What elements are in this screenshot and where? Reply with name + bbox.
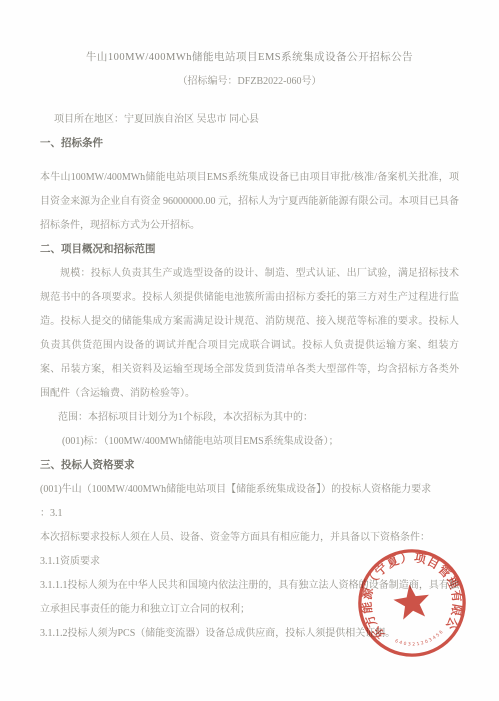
section-2-overview: 规模：投标人负责其生产或选型设备的设计、制造、型式认证、出厂试验，满足招标技术规…	[40, 262, 459, 406]
star-icon	[392, 582, 432, 621]
tender-number: （招标编号：DFZB2022-060号）	[40, 74, 459, 90]
section-1-heading: 一、招标条件	[40, 132, 459, 156]
section-3-intro-continuation: ：3.1	[40, 502, 459, 526]
section-2-lot-line: (001)标：（100MW/400MWh储能电站项目EMS系统集成设备）；	[40, 430, 459, 454]
company-seal-stamp: 东方能源（宁夏）项目管理有限公司 6403212034566	[343, 534, 481, 672]
section-3-intro-line: (001)牛山（100MW/400MWh储能电站项目【储能系统集成设备】）的投标…	[40, 478, 459, 502]
section-2-heading: 二、项目概况和招标范围	[40, 238, 459, 262]
document-title: 牛山100MW/400MWh储能电站项目EMS系统集成设备公开招标公告	[40, 50, 459, 66]
section-1-body: 本牛山100MW/400MWh储能电站项目EMS系统集成设备已由项目审批/核准/…	[40, 166, 459, 238]
tender-announcement-page: 牛山100MW/400MWh储能电站项目EMS系统集成设备公开招标公告 （招标编…	[0, 0, 499, 701]
project-location-line: 项目所在地区：宁夏回族自治区 吴忠市 同心县	[40, 108, 459, 132]
section-3-heading: 三、投标人资格要求	[40, 454, 459, 478]
section-2-range-line: 范围：本招标项目计划分为1个标段，本次招标为其中的：	[40, 406, 459, 430]
